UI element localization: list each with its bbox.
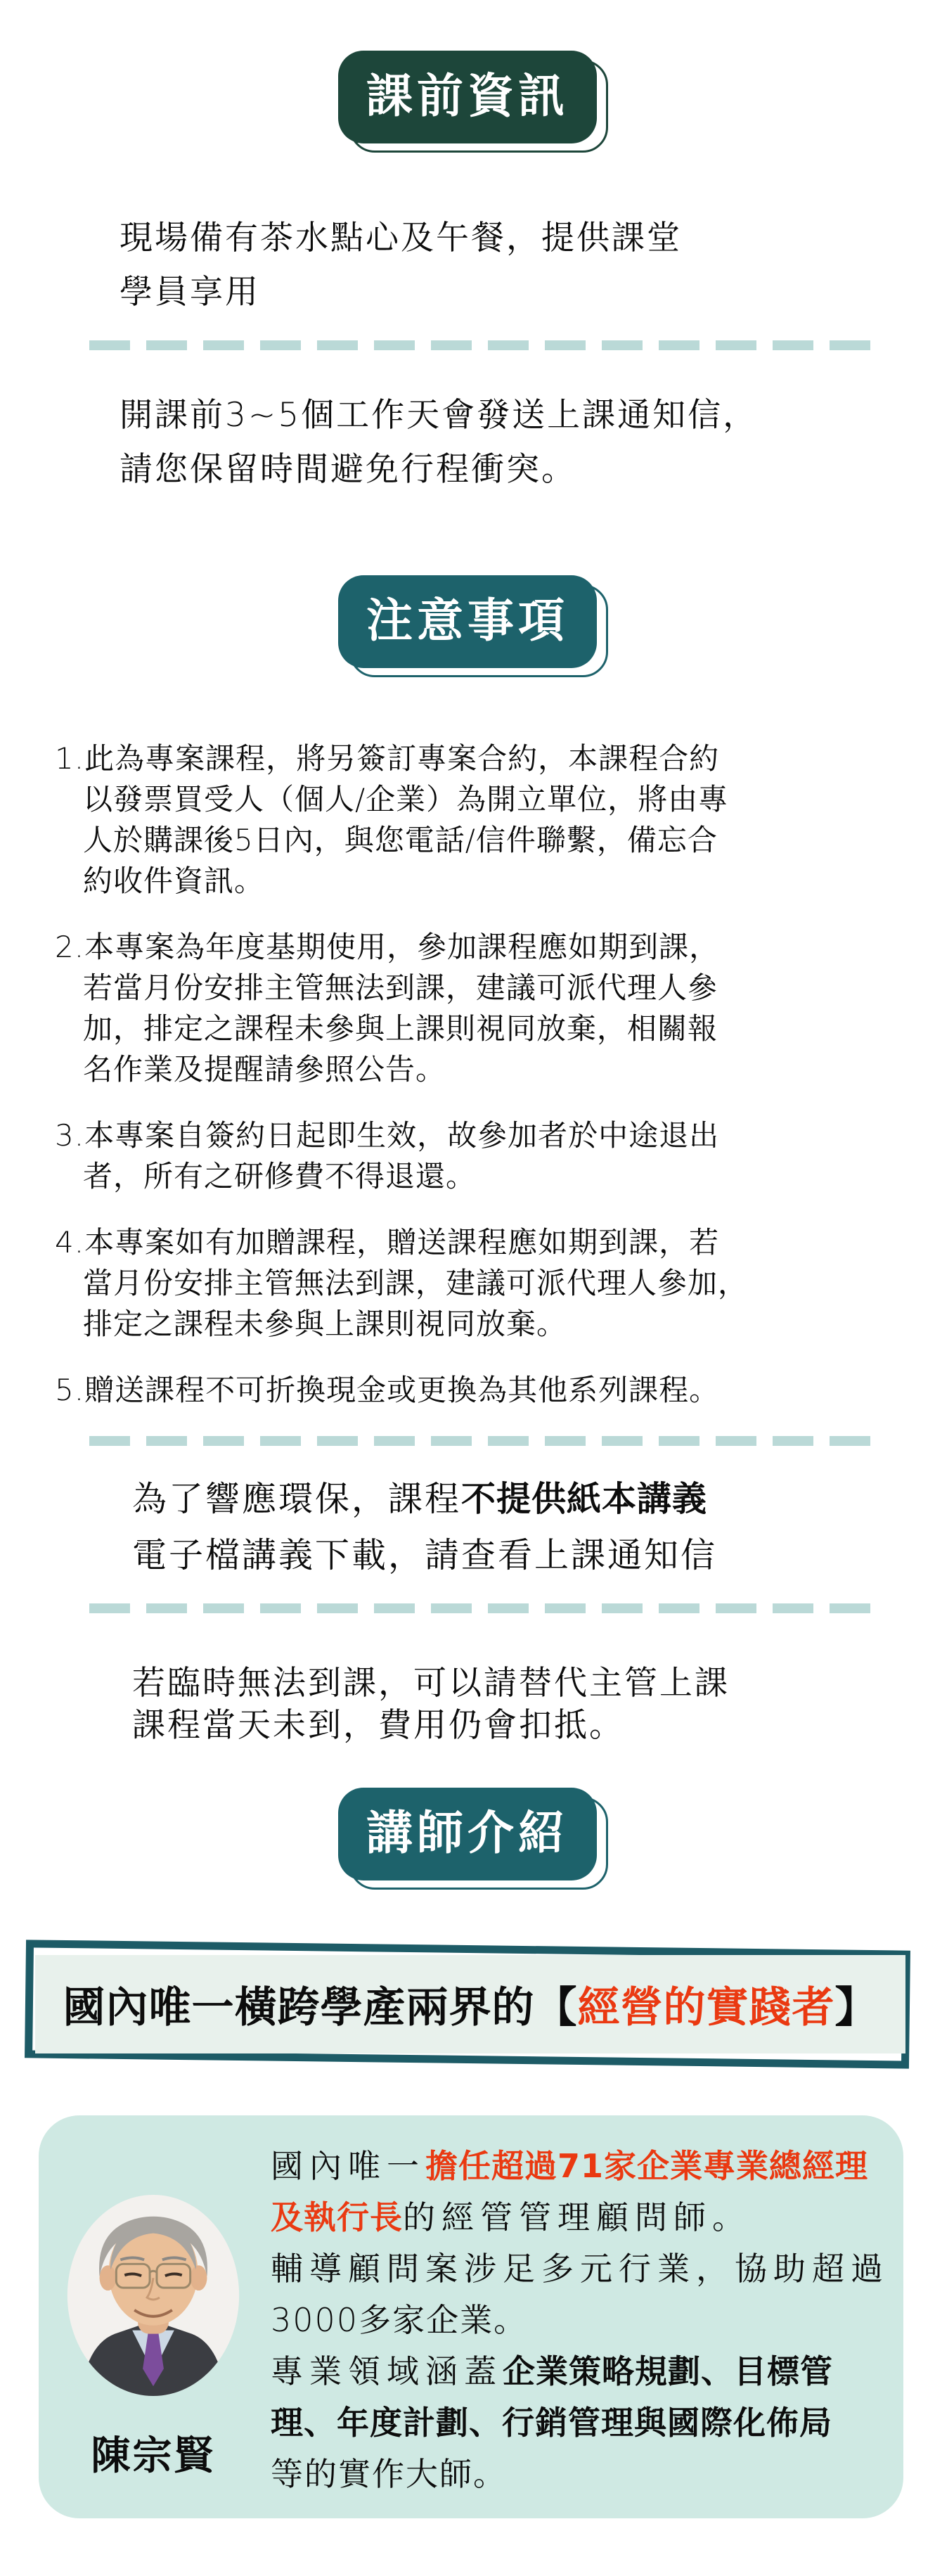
notification-paragraph: 開課前3~5個工作天會發送上課通知信，請您保留時間避免行程衝突。 (120, 388, 935, 496)
dashed-divider (89, 340, 872, 350)
note-line: 3.本專案自簽約日起即生效，故參加者於中途退出 (55, 1115, 886, 1156)
instructor-title-badge: 講師介紹 (338, 1788, 597, 1880)
eco-paragraph: 為了響應環保，課程不提供紙本講義電子檔講義下載，請查看上課通知信 (132, 1471, 935, 1584)
dashed-divider (89, 1436, 872, 1446)
note-item: 3.本專案自簽約日起即生效，故參加者於中途退出者，所有之研修費不得退還。 (55, 1115, 886, 1197)
notes-badge-row: 注意事項 (0, 575, 935, 668)
text-line: 3000多家企業。 (271, 2295, 884, 2346)
note-item: 2.本專案為年度基期使用，參加課程應如期到課，若當月份安排主管無法到課，建議可派… (55, 927, 886, 1090)
text-line: 專業領域涵蓋企業策略規劃、目標管 (271, 2346, 884, 2397)
text-line: 等的實作大師。 (271, 2449, 884, 2500)
instructor-badge-row: 講師介紹 (0, 1788, 935, 1880)
note-line: 以發票買受人（個人/企業）為開立單位，將由專 (55, 779, 886, 820)
dashed-divider (89, 1603, 872, 1613)
pre-course-title-label: 課前資訊 (338, 51, 597, 143)
note-line: 者，所有之研修費不得退還。 (55, 1156, 886, 1197)
notes-title-badge: 注意事項 (338, 575, 597, 668)
instructor-bio: 國內唯一擔任超過71家企業專業總經理及執行長的經管管理顧問師。輔導顧問案涉足多元… (271, 2141, 884, 2500)
note-line: 2.本專案為年度基期使用，參加課程應如期到課， (55, 927, 886, 968)
notes-list: 1.此為專案課程，將另簽訂專案合約，本課程合約以發票買受人（個人/企業）為開立單… (55, 738, 886, 1411)
note-line: 加，排定之課程未參與上課則視同放棄，相關報 (55, 1008, 886, 1049)
note-item: 4.本專案如有加贈課程，贈送課程應如期到課，若當月份安排主管無法到課，建議可派代… (55, 1222, 886, 1345)
text-line: 國內唯一橫跨學產兩界的【經營的實踐者】 (63, 1974, 878, 2034)
instructor-banner: 國內唯一橫跨學產兩界的【經營的實踐者】 (35, 1955, 905, 2053)
instructor-card: 陳宗賢 國內唯一擔任超過71家企業專業總經理及執行長的經管管理顧問師。輔導顧問案… (39, 2115, 903, 2518)
text-line: 課程當天未到，費用仍會扣抵。 (132, 1705, 935, 1747)
pre-course-badge-row: 課前資訊 (0, 51, 935, 143)
text-line: 現場備有茶水點心及午餐，提供課堂 (120, 211, 935, 265)
text-line: 開課前3~5個工作天會發送上課通知信， (120, 388, 935, 442)
text-line: 理、年度計劃、行銷管理與國際化佈局 (271, 2397, 884, 2449)
note-line: 人於購課後5日內，與您電話/信件聯繫，備忘合 (55, 820, 886, 861)
catering-paragraph: 現場備有茶水點心及午餐，提供課堂學員享用 (120, 211, 935, 319)
note-line: 排定之課程未參與上課則視同放棄。 (55, 1304, 886, 1345)
banner-box: 國內唯一橫跨學產兩界的【經營的實踐者】 (35, 1955, 905, 2053)
pre-course-title-badge: 課前資訊 (338, 51, 597, 143)
note-line: 名作業及提醒請參照公告。 (55, 1049, 886, 1090)
note-line: 4.本專案如有加贈課程，贈送課程應如期到課，若 (55, 1222, 886, 1263)
instructor-photo (65, 2194, 241, 2397)
note-line: 若當月份安排主管無法到課，建議可派代理人參 (55, 968, 886, 1008)
text-line: 若臨時無法到課，可以請替代主管上課 (132, 1662, 935, 1705)
text-line: 及執行長的經管管理顧問師。 (271, 2192, 884, 2243)
text-line: 電子檔講義下載，請查看上課通知信 (132, 1527, 935, 1584)
text-line: 國內唯一擔任超過71家企業專業總經理 (271, 2141, 884, 2192)
note-line: 約收件資訊。 (55, 861, 886, 902)
note-line: 5.贈送課程不可折換現金或更換為其他系列課程。 (55, 1370, 886, 1411)
instructor-name: 陳宗賢 (58, 2425, 248, 2481)
note-item: 1.此為專案課程，將另簽訂專案合約，本課程合約以發票買受人（個人/企業）為開立單… (55, 738, 886, 902)
text-line: 請您保留時間避免行程衝突。 (120, 442, 935, 496)
text-line: 為了響應環保，課程不提供紙本講義 (132, 1471, 935, 1527)
instructor-title-label: 講師介紹 (338, 1788, 597, 1880)
note-line: 當月份安排主管無法到課，建議可派代理人參加， (55, 1263, 886, 1304)
note-line: 1.此為專案課程，將另簽訂專案合約，本課程合約 (55, 738, 886, 779)
text-line: 輔導顧問案涉足多元行業，協助超過 (271, 2243, 884, 2295)
substitute-paragraph: 若臨時無法到課，可以請替代主管上課課程當天未到，費用仍會扣抵。 (132, 1662, 935, 1747)
text-line: 學員享用 (120, 265, 935, 319)
note-item: 5.贈送課程不可折換現金或更換為其他系列課程。 (55, 1370, 886, 1411)
notes-title-label: 注意事項 (338, 575, 597, 668)
